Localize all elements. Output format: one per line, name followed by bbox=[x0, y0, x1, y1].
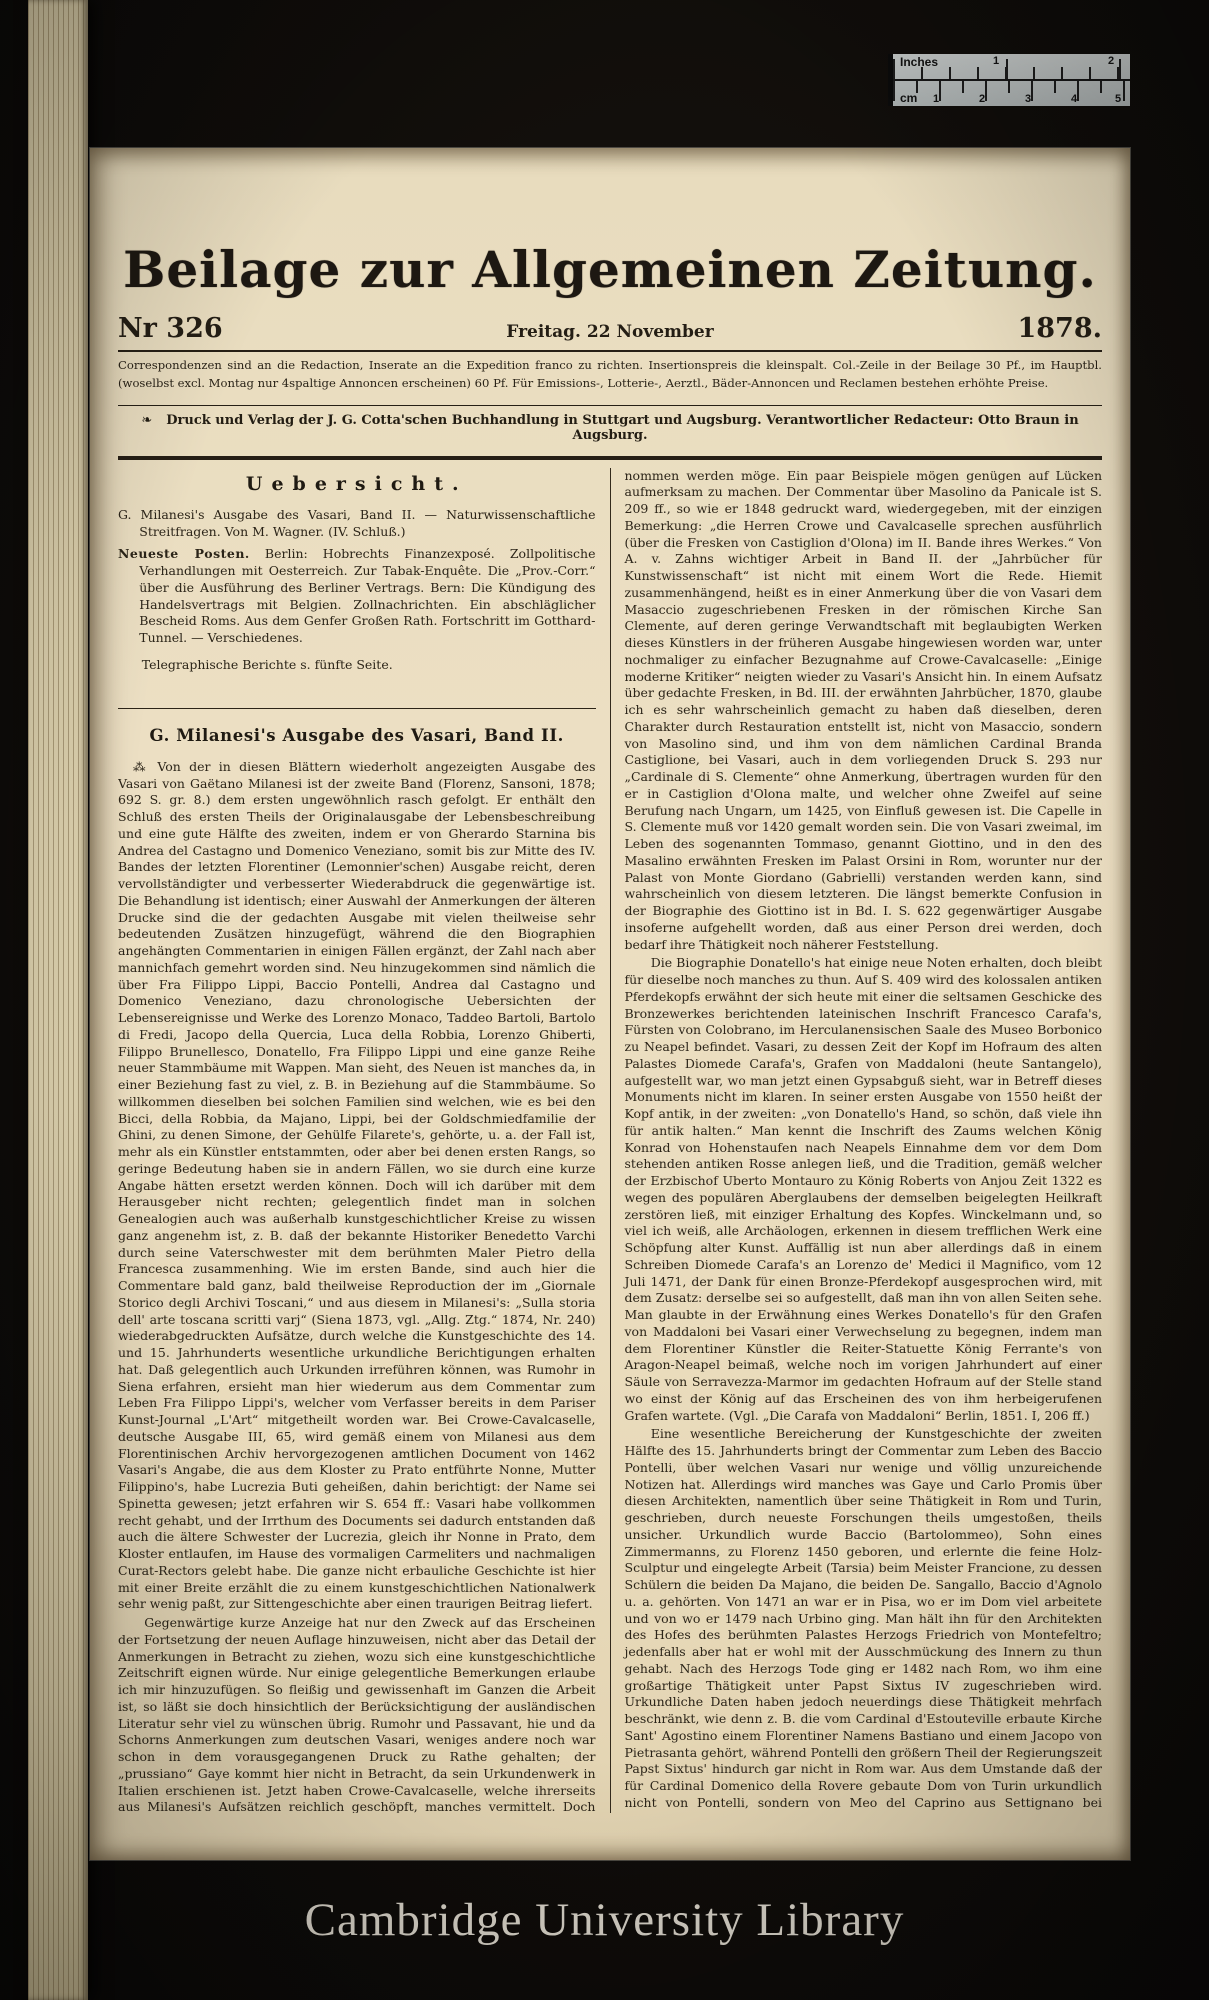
article-paragraph: Die Biographie Donatello's hat einige ne… bbox=[625, 955, 1103, 1424]
issue-number: Nr 326 bbox=[118, 313, 338, 344]
overview-item-2-lead: Neueste Posten. bbox=[118, 546, 250, 561]
ruler-cm-label: cm bbox=[898, 91, 919, 105]
article-paragraph-text: Von der in diesen Blättern wiederholt an… bbox=[118, 759, 596, 1612]
article-paragraph: ⁂Von der in diesen Blättern wiederholt a… bbox=[118, 759, 596, 1613]
imprint-text: Druck und Verlag der J. G. Cotta'schen B… bbox=[166, 413, 1078, 443]
article-heading: G. Milanesi's Ausgabe des Vasari, Band I… bbox=[118, 725, 596, 747]
ruler-cm-major-ticks bbox=[893, 81, 1130, 101]
two-column-body: Uebersicht. G. Milanesi's Ausgabe des Va… bbox=[118, 468, 1102, 1813]
rule-above-article bbox=[118, 708, 596, 709]
ruler-inch-mark-2: 2 bbox=[1108, 55, 1114, 67]
dateline: Nr 326 Freitag. 22 November 1878. bbox=[118, 313, 1102, 344]
leaf-ornament-icon: ❧ bbox=[141, 413, 166, 428]
ruler-inches-label: Inches bbox=[898, 55, 940, 69]
overview-item-1: G. Milanesi's Ausgabe des Vasari, Band I… bbox=[118, 507, 596, 541]
overview-item-2: Neueste Posten. Berlin: Hobrechts Finanz… bbox=[118, 546, 596, 647]
article-paragraph: Gegenwärtige kurze Anzeige hat nur den Z… bbox=[118, 1615, 596, 1812]
issue-year: 1878. bbox=[882, 313, 1102, 344]
left-column: Uebersicht. G. Milanesi's Ausgabe des Va… bbox=[118, 468, 611, 1813]
rule-under-dateline bbox=[118, 350, 1102, 352]
ruler-cm-mark-2: 2 bbox=[979, 93, 985, 105]
newspaper-page: Beilage zur Allgemeinen Zeitung. Nr 326 … bbox=[90, 148, 1130, 1860]
overview-heading: Uebersicht. bbox=[118, 472, 596, 497]
ruler-cm-mark-4: 4 bbox=[1071, 93, 1077, 105]
ruler-cm-mark-1: 1 bbox=[933, 93, 939, 105]
rule-under-notice bbox=[118, 405, 1102, 406]
book-page-edges bbox=[28, 0, 88, 2000]
right-column: nommen werden möge. Ein paar Beispiele m… bbox=[611, 468, 1103, 1813]
telegraph-note: Telegraphische Berichte s. fünfte Seite. bbox=[118, 657, 596, 674]
article-paragraph: Eine wesentliche Bereicherung der Kunstg… bbox=[625, 1426, 1103, 1812]
newspaper-title: Beilage zur Allgemeinen Zeitung. bbox=[118, 240, 1102, 299]
article-paragraph: nommen werden möge. Ein paar Beispiele m… bbox=[625, 468, 1103, 954]
photographic-ruler: Inches 1 2 cm 1 2 3 4 5 bbox=[888, 54, 1130, 106]
asterism-ornament-icon: ⁂ bbox=[118, 759, 157, 774]
library-watermark: Cambridge University Library bbox=[0, 1893, 1209, 1947]
rule-above-columns bbox=[118, 456, 1102, 460]
ruler-cm-mark-3: 3 bbox=[1025, 93, 1031, 105]
issue-date: Freitag. 22 November bbox=[338, 322, 882, 342]
imprint-line: ❧Druck und Verlag der J. G. Cotta'schen … bbox=[118, 413, 1102, 443]
subscription-notice: Correspondenzen sind an die Redaction, I… bbox=[118, 357, 1102, 393]
ruler-inch-mark-1: 1 bbox=[993, 55, 999, 67]
ruler-cm-mark-5: 5 bbox=[1115, 93, 1121, 105]
